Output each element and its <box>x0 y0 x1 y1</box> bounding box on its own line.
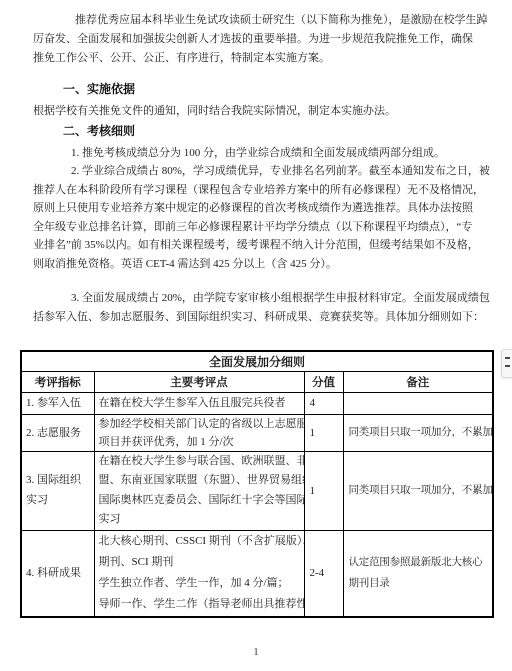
cell-indicator: 1. 参军入伍 <box>26 394 94 412</box>
document-page: { "colors": { "table_border": "#000000",… <box>0 0 512 671</box>
cell-score: 1 <box>304 414 343 451</box>
paragraph-line: 则取消推免资格。英语 CET-4 需达到 425 分以上（含 425 分）。 <box>33 255 491 274</box>
cell-points: 在籍在校大学生参军入伍且服完兵役者 <box>99 394 304 412</box>
dash-icon <box>505 357 510 359</box>
page-number: 1 <box>0 646 512 658</box>
cell-indicator: 3. 国际组织 实习 <box>21 451 94 530</box>
header-indicator: 考评指标 <box>21 371 94 392</box>
table-row: 4. 科研成果 北大核心期刊、CSSCI 期刊（不含扩展版）、SSCI 期刊、S… <box>21 530 493 617</box>
paragraph-line: 括参军入伍、参加志愿服务、到国际组织实习、科研成果、竞赛获奖等。具体加分细则如下… <box>33 308 491 327</box>
cell-score: 1 <box>304 451 343 530</box>
cell-points: 参加经学校相关部门认定的省级以上志愿服务 项目并获评优秀，加 1 分/次 <box>94 414 304 451</box>
cell-score: 4 <box>304 392 343 414</box>
section-2-heading: 二、考核细则 <box>63 124 135 139</box>
header-remark: 备注 <box>343 371 493 392</box>
paragraph-line: 厉奋发、全面发展和加强拔尖创新人才选拔的重要举措。为进一步规范我院推免工作，确保 <box>33 30 491 49</box>
rule-item-2: 2. 学业综合成绩占 80%，学习成绩优异，专业排名名列前茅。截至本通知发布之日… <box>33 162 491 274</box>
cell-remark: 同类项目只取一项加分，不累加 <box>349 424 493 442</box>
paragraph-line: 全年级专业总排名计算，即前三年必修课程累计平均学分绩点（以下称课程平均绩点），“… <box>33 218 491 237</box>
rule-item-1: 1. 推免考核成绩总分为 100 分，由学业综合成绩和全面发展成绩两部分组成。 <box>33 144 491 163</box>
paragraph-line: 推荐人在本科阶段所有学习课程（课程包含专业培养方案中的所有必修课程）无不及格情况… <box>33 181 491 200</box>
table-header-row: 考评指标 主要考评点 分值 备注 <box>21 371 493 392</box>
intro-paragraph: 推荐优秀应届本科毕业生免试攻读硕士研究生（以下简称为推免），是激励在校学生踔 厉… <box>33 11 491 68</box>
bonus-rules-table: 全面发展加分细则 考评指标 主要考评点 分值 备注 1. 参军入伍 在籍在校大学… <box>20 350 494 618</box>
header-score: 分值 <box>304 371 343 392</box>
paragraph-line: 根据学校有关推免文件的通知，同时结合我院实际情况，制定本实施办法。 <box>33 102 491 121</box>
cell-score: 2-4 <box>304 530 343 617</box>
table-title: 全面发展加分细则 <box>21 351 493 371</box>
side-toolbar[interactable] <box>501 349 512 378</box>
table-title-row: 全面发展加分细则 <box>21 351 493 371</box>
dash-icon <box>505 365 510 367</box>
rule-item-3: 3. 全面发展成绩占 20%，由学院专家审核小组根据学生申报材料审定。全面发展成… <box>33 289 491 327</box>
cell-remark <box>343 392 493 414</box>
section-1-body: 根据学校有关推免文件的通知，同时结合我院实际情况，制定本实施办法。 <box>33 102 491 121</box>
header-points: 主要考评点 <box>94 371 304 392</box>
paragraph-line: 推荐优秀应届本科毕业生免试攻读硕士研究生（以下简称为推免），是激励在校学生踔 <box>33 11 491 30</box>
table-row: 1. 参军入伍 在籍在校大学生参军入伍且服完兵役者 4 <box>21 392 493 414</box>
paragraph-line: 2. 学业综合成绩占 80%，学习成绩优异，专业排名名列前茅。截至本通知发布之日… <box>33 162 491 181</box>
paragraph-line: 3. 全面发展成绩占 20%，由学院专家审核小组根据学生申报材料审定。全面发展成… <box>33 289 491 308</box>
cell-remark: 同类项目只取一项加分，不累加 <box>349 482 493 500</box>
table-row: 2. 志愿服务 参加经学校相关部门认定的省级以上志愿服务 项目并获评优秀，加 1… <box>21 414 493 451</box>
table-row: 3. 国际组织 实习 在籍在校大学生参与联合国、欧洲联盟、非洲联 盟、东南亚国家… <box>21 451 493 530</box>
paragraph-line: 业排名”前 35%以内。如有相关课程缓考，缓考课程不纳入计分范围，但缓考结果如不… <box>33 236 491 255</box>
cell-points: 在籍在校大学生参与联合国、欧洲联盟、非洲联 盟、东南亚国家联盟（东盟）、世界贸易… <box>94 451 304 530</box>
cell-indicator: 2. 志愿服务 <box>26 424 94 442</box>
section-1-heading: 一、实施依据 <box>63 82 135 97</box>
paragraph-line: 原则上只使用专业培养方案中规定的必修课程的首次考核成绩作为遴选推荐。具体办法按照 <box>33 199 491 218</box>
paragraph-line: 1. 推免考核成绩总分为 100 分，由学业综合成绩和全面发展成绩两部分组成。 <box>33 144 491 163</box>
paragraph-line: 推免工作公平、公开、公正、有序进行，特制定本实施方案。 <box>33 49 491 68</box>
cell-indicator: 4. 科研成果 <box>26 563 94 584</box>
cell-points: 北大核心期刊、CSSCI 期刊（不含扩展版）、SSCI 期刊、SCI 期刊 学生… <box>94 530 304 617</box>
cell-remark: 认定范围参照最新版北大核心 期刊目录 <box>343 530 493 617</box>
